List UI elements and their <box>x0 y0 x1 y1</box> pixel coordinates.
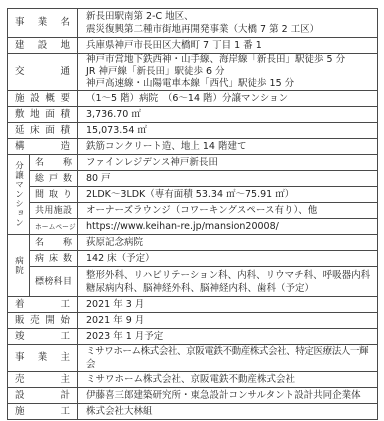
value-layout: 2LDK～3LDK（専有面積 53.34 ㎡～75.91 ㎡） <box>78 187 378 203</box>
value-facility-overview: （1～5 階）病院 （6～14 階）分譲マンション <box>78 91 378 107</box>
label-facility-overview: 施設概要 <box>8 91 78 107</box>
value-mansion-name: ファインレジデンス神戸新長田 <box>78 155 378 171</box>
value-shared-facilities: オーナーズラウンジ（コワーキングスペース有り）、他 <box>78 203 378 219</box>
value-construction-start: 2021 年 3 月 <box>78 297 378 313</box>
label-construction-site: 建設地 <box>8 38 78 54</box>
label-construction-start: 着工 <box>8 297 78 313</box>
row-bed-count: 病床数 142 床（予定） <box>8 251 378 267</box>
row-seller: 売主 ミサワホーム株式会社、京阪電鉄不動産株式会社 <box>8 372 378 388</box>
row-construction-site: 建設地 兵庫県神戸市長田区大橋町 7 丁目 1 番 1 <box>8 38 378 54</box>
label-seller: 売主 <box>8 372 78 388</box>
label-shared-facilities: 共用施設 <box>30 203 78 219</box>
row-hospital-name: 病院 名称 荻原記念病院 <box>8 235 378 251</box>
value-structure: 鉄筋コンクリート造、地上 14 階建て <box>78 139 378 155</box>
value-seller: ミサワホーム株式会社、京阪電鉄不動産株式会社 <box>78 372 378 388</box>
row-builder: 施工 株式会社大林組 <box>8 404 378 420</box>
label-total-units: 総戸数 <box>30 171 78 187</box>
group-label-mansion: 分譲マンション <box>8 155 30 235</box>
row-sales-start: 販売開始 2021 年 9 月 <box>8 313 378 329</box>
label-project-name: 事業名 <box>8 9 78 38</box>
row-construction-start: 着工 2021 年 3 月 <box>8 297 378 313</box>
value-completion: 2023 年 1 月予定 <box>78 329 378 345</box>
row-mansion-name: 分譲マンション 名称 ファインレジデンス神戸新長田 <box>8 155 378 171</box>
row-shared-facilities: 共用施設 オーナーズラウンジ（コワーキングスペース有り）、他 <box>8 203 378 219</box>
label-access: 交通 <box>8 54 78 91</box>
label-website: ホームページ <box>30 219 78 235</box>
value-website-url: https://www.keihan-re.jp/mansion20008/ <box>78 219 378 235</box>
label-completion: 竣工 <box>8 329 78 345</box>
group-label-hospital: 病院 <box>8 235 30 297</box>
label-departments: 標榜科目 <box>30 267 78 297</box>
row-project-name: 事業名 新長田駅南第 2-C 地区、 震災復興第二種市街地再開発事業（大橋 7 … <box>8 9 378 38</box>
row-floor-area: 延床面積 15,073.54 ㎡ <box>8 123 378 139</box>
row-website: ホームページ https://www.keihan-re.jp/mansion2… <box>8 219 378 235</box>
value-total-units: 80 戸 <box>78 171 378 187</box>
value-site-area: 3,736.70 ㎡ <box>78 107 378 123</box>
value-project-owner: ミサワホーム株式会社、京阪電鉄不動産株式会社、特定医療法人一輝会 <box>78 345 378 372</box>
value-project-name: 新長田駅南第 2-C 地区、 震災復興第二種市街地再開発事業（大橋 7 第 2 … <box>78 9 378 38</box>
row-facility-overview: 施設概要 （1～5 階）病院 （6～14 階）分譲マンション <box>8 91 378 107</box>
row-departments: 標榜科目 整形外科、リハビリテーション科、内科、リウマチ科、呼吸器内科 糖尿病内… <box>8 267 378 297</box>
row-site-area: 敷地面積 3,736.70 ㎡ <box>8 107 378 123</box>
value-access: 神戸市営地下鉄西神・山手線、海岸線「新長田」駅徒歩 5 分 JR 神戸線「新長田… <box>78 54 378 91</box>
label-hospital-name: 名称 <box>30 235 78 251</box>
value-builder: 株式会社大林組 <box>78 404 378 420</box>
label-sales-start: 販売開始 <box>8 313 78 329</box>
label-bed-count: 病床数 <box>30 251 78 267</box>
label-structure: 構造 <box>8 139 78 155</box>
value-hospital-name: 荻原記念病院 <box>78 235 378 251</box>
value-construction-site: 兵庫県神戸市長田区大橋町 7 丁目 1 番 1 <box>78 38 378 54</box>
row-structure: 構造 鉄筋コンクリート造、地上 14 階建て <box>8 139 378 155</box>
label-mansion-name: 名称 <box>30 155 78 171</box>
row-design: 設計 伊藤喜三郎建築研究所・東急設計コンサルタント設計共同企業体 <box>8 388 378 404</box>
value-design: 伊藤喜三郎建築研究所・東急設計コンサルタント設計共同企業体 <box>78 388 378 404</box>
label-floor-area: 延床面積 <box>8 123 78 139</box>
row-access: 交通 神戸市営地下鉄西神・山手線、海岸線「新長田」駅徒歩 5 分 JR 神戸線「… <box>8 54 378 91</box>
label-builder: 施工 <box>8 404 78 420</box>
row-layout: 間取り 2LDK～3LDK（専有面積 53.34 ㎡～75.91 ㎡） <box>8 187 378 203</box>
label-project-owner: 事業主 <box>8 345 78 372</box>
label-layout: 間取り <box>30 187 78 203</box>
row-total-units: 総戸数 80 戸 <box>8 171 378 187</box>
value-departments: 整形外科、リハビリテーション科、内科、リウマチ科、呼吸器内科 糖尿病内科、脳神経… <box>78 267 378 297</box>
project-spec-table: 事業名 新長田駅南第 2-C 地区、 震災復興第二種市街地再開発事業（大橋 7 … <box>7 8 378 420</box>
row-completion: 竣工 2023 年 1 月予定 <box>8 329 378 345</box>
value-floor-area: 15,073.54 ㎡ <box>78 123 378 139</box>
label-site-area: 敷地面積 <box>8 107 78 123</box>
row-project-owner: 事業主 ミサワホーム株式会社、京阪電鉄不動産株式会社、特定医療法人一輝会 <box>8 345 378 372</box>
label-design: 設計 <box>8 388 78 404</box>
value-sales-start: 2021 年 9 月 <box>78 313 378 329</box>
value-bed-count: 142 床（予定） <box>78 251 378 267</box>
